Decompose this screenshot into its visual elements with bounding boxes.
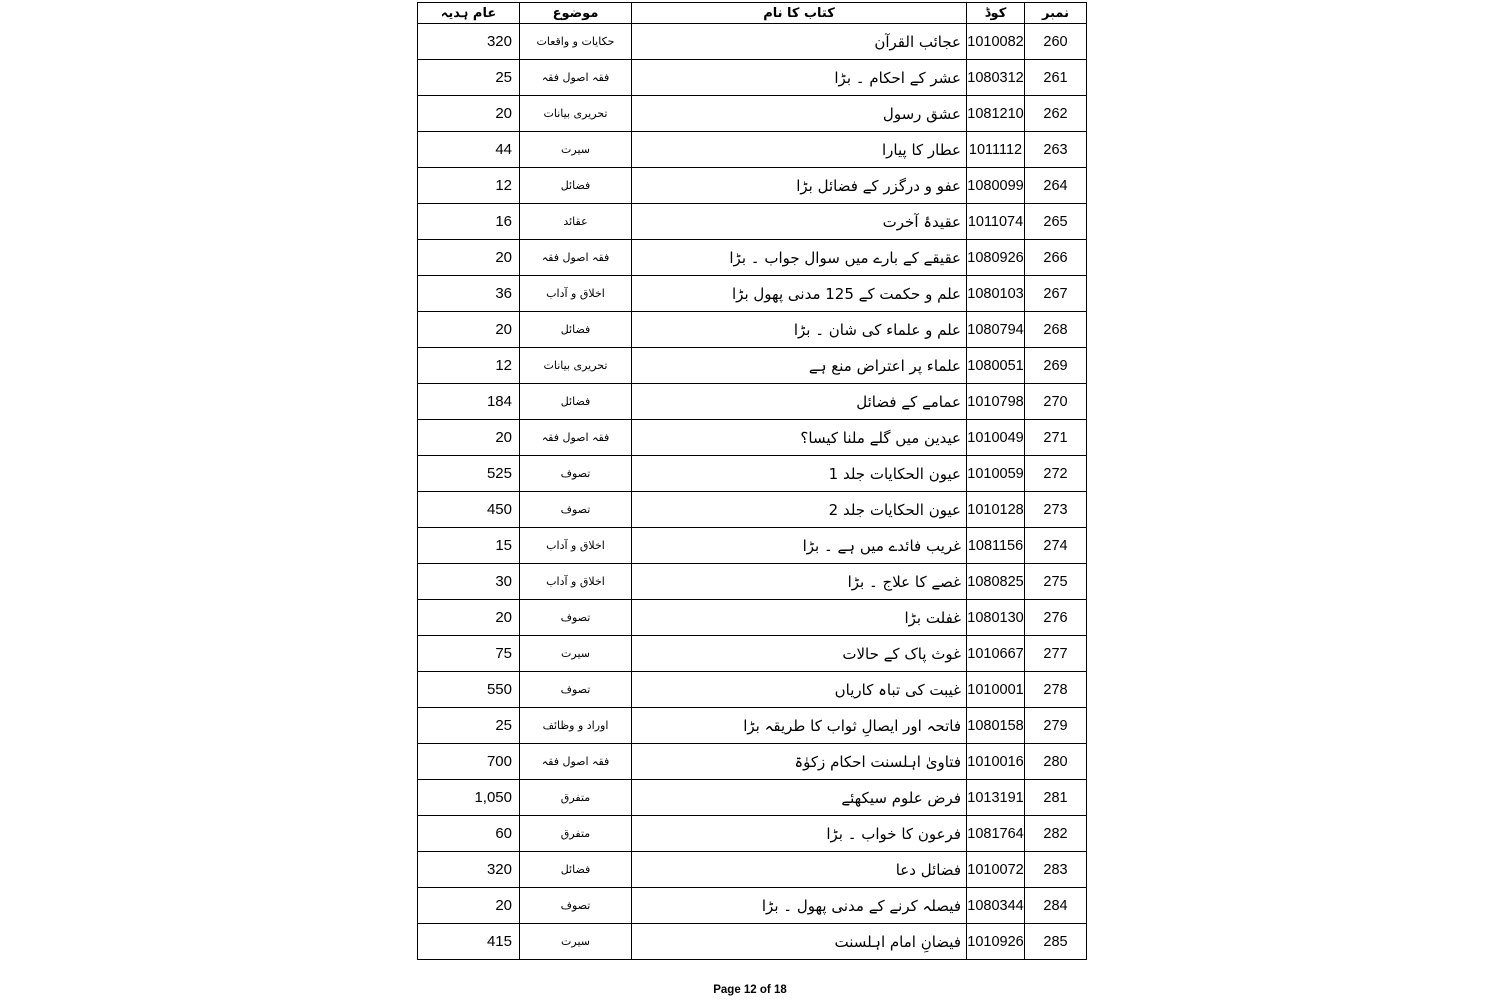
price-cell: 30 <box>418 564 520 600</box>
number-cell: 281 <box>1025 780 1087 816</box>
title-cell: عمامے کے فضائل <box>632 384 967 420</box>
table-row: 36اخلاق و آدابعلم و حکمت کے 125 مدنی پھو… <box>418 276 1087 312</box>
column-header-code: کوڈ <box>967 3 1025 24</box>
subject-cell: فقہ اصول فقہ <box>520 60 632 96</box>
title-cell: فضائل دعا <box>632 852 967 888</box>
subject-cell: سیرت <box>520 636 632 672</box>
title-cell: غوث پاک کے حالات <box>632 636 967 672</box>
number-cell: 278 <box>1025 672 1087 708</box>
price-cell: 20 <box>418 96 520 132</box>
column-header-number: نمبر <box>1025 3 1087 24</box>
number-cell: 268 <box>1025 312 1087 348</box>
price-cell: 75 <box>418 636 520 672</box>
subject-cell: اخلاق و آداب <box>520 528 632 564</box>
code-cell: 1080312 <box>967 60 1025 96</box>
title-cell: غیبت کی تباہ کاریاں <box>632 672 967 708</box>
number-cell: 276 <box>1025 600 1087 636</box>
subject-cell: فقہ اصول فقہ <box>520 240 632 276</box>
table-row: 20فقہ اصول فقہعقیقے کے بارے میں سوال جوا… <box>418 240 1087 276</box>
price-cell: 320 <box>418 852 520 888</box>
code-cell: 1080051 <box>967 348 1025 384</box>
subject-cell: تحریری بیانات <box>520 96 632 132</box>
number-cell: 267 <box>1025 276 1087 312</box>
title-cell: علم و حکمت کے 125 مدنی پھول بڑا <box>632 276 967 312</box>
subject-cell: اوراد و وظائف <box>520 708 632 744</box>
number-cell: 260 <box>1025 24 1087 60</box>
price-cell: 700 <box>418 744 520 780</box>
number-cell: 284 <box>1025 888 1087 924</box>
code-cell: 1080794 <box>967 312 1025 348</box>
title-cell: غصے کا علاج ۔ بڑا <box>632 564 967 600</box>
table-header-row: عام ہدیہ موضوع کتاب کا نام کوڈ نمبر <box>418 3 1087 24</box>
table-row: 30اخلاق و آدابغصے کا علاج ۔ بڑا108082527… <box>418 564 1087 600</box>
subject-cell: فضائل <box>520 852 632 888</box>
table-row: 20فضائلعلم و علماء کی شان ۔ بڑا108079426… <box>418 312 1087 348</box>
book-catalog-table: عام ہدیہ موضوع کتاب کا نام کوڈ نمبر 320ح… <box>417 2 1087 960</box>
title-cell: عفو و درگزر کے فضائل بڑا <box>632 168 967 204</box>
code-cell: 1010926 <box>967 924 1025 960</box>
table-row: 320فضائلفضائل دعا1010072283 <box>418 852 1087 888</box>
title-cell: فیضانِ امام اہلسنت <box>632 924 967 960</box>
subject-cell: فضائل <box>520 168 632 204</box>
price-cell: 320 <box>418 24 520 60</box>
column-header-subject: موضوع <box>520 3 632 24</box>
subject-cell: سیرت <box>520 132 632 168</box>
number-cell: 262 <box>1025 96 1087 132</box>
code-cell: 1080103 <box>967 276 1025 312</box>
code-cell: 1081764 <box>967 816 1025 852</box>
title-cell: عجائب القرآن <box>632 24 967 60</box>
subject-cell: فضائل <box>520 312 632 348</box>
title-cell: عشق رسول <box>632 96 967 132</box>
title-cell: غریب فائدے میں ہے ۔ بڑا <box>632 528 967 564</box>
column-header-price: عام ہدیہ <box>418 3 520 24</box>
number-cell: 274 <box>1025 528 1087 564</box>
price-cell: 44 <box>418 132 520 168</box>
price-cell: 36 <box>418 276 520 312</box>
price-cell: 12 <box>418 168 520 204</box>
table-row: 320حکایات و واقعاتعجائب القرآن1010082260 <box>418 24 1087 60</box>
subject-cell: سیرت <box>520 924 632 960</box>
code-cell: 1080158 <box>967 708 1025 744</box>
price-cell: 450 <box>418 492 520 528</box>
table-row: 12فضائلعفو و درگزر کے فضائل بڑا108009926… <box>418 168 1087 204</box>
price-cell: 12 <box>418 348 520 384</box>
number-cell: 283 <box>1025 852 1087 888</box>
subject-cell: تصوف <box>520 672 632 708</box>
code-cell: 1011112 <box>967 132 1025 168</box>
number-cell: 285 <box>1025 924 1087 960</box>
table-row: 525تصوفعیون الحکایات جلد 11010059272 <box>418 456 1087 492</box>
table-row: 20فقہ اصول فقہعیدین میں گلے ملنا کیسا؟10… <box>418 420 1087 456</box>
number-cell: 275 <box>1025 564 1087 600</box>
number-cell: 266 <box>1025 240 1087 276</box>
code-cell: 1010128 <box>967 492 1025 528</box>
price-cell: 20 <box>418 420 520 456</box>
price-cell: 15 <box>418 528 520 564</box>
number-cell: 263 <box>1025 132 1087 168</box>
price-cell: 184 <box>418 384 520 420</box>
title-cell: عقیدۂ آخرت <box>632 204 967 240</box>
code-cell: 1010016 <box>967 744 1025 780</box>
code-cell: 1010667 <box>967 636 1025 672</box>
price-cell: 1,050 <box>418 780 520 816</box>
column-header-title: کتاب کا نام <box>632 3 967 24</box>
code-cell: 1010798 <box>967 384 1025 420</box>
number-cell: 272 <box>1025 456 1087 492</box>
number-cell: 271 <box>1025 420 1087 456</box>
title-cell: عیون الحکایات جلد 1 <box>632 456 967 492</box>
table-row: 415سیرتفیضانِ امام اہلسنت1010926285 <box>418 924 1087 960</box>
table-row: 15اخلاق و آدابغریب فائدے میں ہے ۔ بڑا108… <box>418 528 1087 564</box>
subject-cell: تصوف <box>520 600 632 636</box>
subject-cell: فقہ اصول فقہ <box>520 420 632 456</box>
code-cell: 1080130 <box>967 600 1025 636</box>
table-row: 16عقائدعقیدۂ آخرت1011074265 <box>418 204 1087 240</box>
price-cell: 525 <box>418 456 520 492</box>
subject-cell: اخلاق و آداب <box>520 276 632 312</box>
table-row: 25اوراد و وظائففاتحہ اور ایصالِ ثواب کا … <box>418 708 1087 744</box>
price-cell: 25 <box>418 60 520 96</box>
table-row: 44سیرتعطار کا پیارا1011112263 <box>418 132 1087 168</box>
title-cell: علماء پر اعتراض منع ہے <box>632 348 967 384</box>
subject-cell: عقائد <box>520 204 632 240</box>
title-cell: فرض علوم سیکھئے <box>632 780 967 816</box>
code-cell: 1011074 <box>967 204 1025 240</box>
code-cell: 1081210 <box>967 96 1025 132</box>
price-cell: 60 <box>418 816 520 852</box>
subject-cell: تصوف <box>520 456 632 492</box>
code-cell: 1080825 <box>967 564 1025 600</box>
title-cell: عطار کا پیارا <box>632 132 967 168</box>
table-row: 60متفرقفرعون کا خواب ۔ بڑا1081764282 <box>418 816 1087 852</box>
table-row: 184فضائلعمامے کے فضائل1010798270 <box>418 384 1087 420</box>
title-cell: علم و علماء کی شان ۔ بڑا <box>632 312 967 348</box>
subject-cell: فقہ اصول فقہ <box>520 744 632 780</box>
number-cell: 270 <box>1025 384 1087 420</box>
code-cell: 1010059 <box>967 456 1025 492</box>
code-cell: 1081156 <box>967 528 1025 564</box>
code-cell: 1010049 <box>967 420 1025 456</box>
title-cell: عیدین میں گلے ملنا کیسا؟ <box>632 420 967 456</box>
title-cell: غفلت بڑا <box>632 600 967 636</box>
table-row: 20تحریری بیاناتعشق رسول1081210262 <box>418 96 1087 132</box>
number-cell: 264 <box>1025 168 1087 204</box>
subject-cell: تحریری بیانات <box>520 348 632 384</box>
price-cell: 20 <box>418 888 520 924</box>
code-cell: 1010082 <box>967 24 1025 60</box>
price-cell: 25 <box>418 708 520 744</box>
code-cell: 1010001 <box>967 672 1025 708</box>
number-cell: 280 <box>1025 744 1087 780</box>
subject-cell: حکایات و واقعات <box>520 24 632 60</box>
table-row: 550تصوفغیبت کی تباہ کاریاں1010001278 <box>418 672 1087 708</box>
table-row: 20تصوفغفلت بڑا1080130276 <box>418 600 1087 636</box>
subject-cell: فضائل <box>520 384 632 420</box>
book-table-body: 320حکایات و واقعاتعجائب القرآن1010082260… <box>418 24 1087 960</box>
number-cell: 279 <box>1025 708 1087 744</box>
price-cell: 20 <box>418 600 520 636</box>
table-row: 450تصوفعیون الحکایات جلد 21010128273 <box>418 492 1087 528</box>
table-row: 25فقہ اصول فقہعشر کے احکام ۔ بڑا10803122… <box>418 60 1087 96</box>
title-cell: عقیقے کے بارے میں سوال جواب ۔ بڑا <box>632 240 967 276</box>
title-cell: فاتحہ اور ایصالِ ثواب کا طریقہ بڑا <box>632 708 967 744</box>
number-cell: 269 <box>1025 348 1087 384</box>
subject-cell: اخلاق و آداب <box>520 564 632 600</box>
price-cell: 550 <box>418 672 520 708</box>
table-row: 1,050متفرقفرض علوم سیکھئے1013191281 <box>418 780 1087 816</box>
price-cell: 415 <box>418 924 520 960</box>
table-row: 700فقہ اصول فقہفتاویٰ اہلسنت احکام زکوٰۃ… <box>418 744 1087 780</box>
code-cell: 1013191 <box>967 780 1025 816</box>
code-cell: 1080099 <box>967 168 1025 204</box>
number-cell: 261 <box>1025 60 1087 96</box>
subject-cell: تصوف <box>520 888 632 924</box>
price-cell: 20 <box>418 312 520 348</box>
subject-cell: متفرق <box>520 780 632 816</box>
title-cell: فیصلہ کرنے کے مدنی پھول ۔ بڑا <box>632 888 967 924</box>
number-cell: 273 <box>1025 492 1087 528</box>
subject-cell: تصوف <box>520 492 632 528</box>
page-number-footer: Page 12 of 18 <box>0 984 1500 996</box>
code-cell: 1080344 <box>967 888 1025 924</box>
table-row: 20تصوففیصلہ کرنے کے مدنی پھول ۔ بڑا10803… <box>418 888 1087 924</box>
table-row: 12تحریری بیاناتعلماء پر اعتراض منع ہے108… <box>418 348 1087 384</box>
code-cell: 1010072 <box>967 852 1025 888</box>
table-row: 75سیرتغوث پاک کے حالات1010667277 <box>418 636 1087 672</box>
price-cell: 16 <box>418 204 520 240</box>
number-cell: 277 <box>1025 636 1087 672</box>
subject-cell: متفرق <box>520 816 632 852</box>
price-cell: 20 <box>418 240 520 276</box>
title-cell: عشر کے احکام ۔ بڑا <box>632 60 967 96</box>
title-cell: فتاویٰ اہلسنت احکام زکوٰۃ <box>632 744 967 780</box>
number-cell: 265 <box>1025 204 1087 240</box>
code-cell: 1080926 <box>967 240 1025 276</box>
number-cell: 282 <box>1025 816 1087 852</box>
title-cell: فرعون کا خواب ۔ بڑا <box>632 816 967 852</box>
title-cell: عیون الحکایات جلد 2 <box>632 492 967 528</box>
